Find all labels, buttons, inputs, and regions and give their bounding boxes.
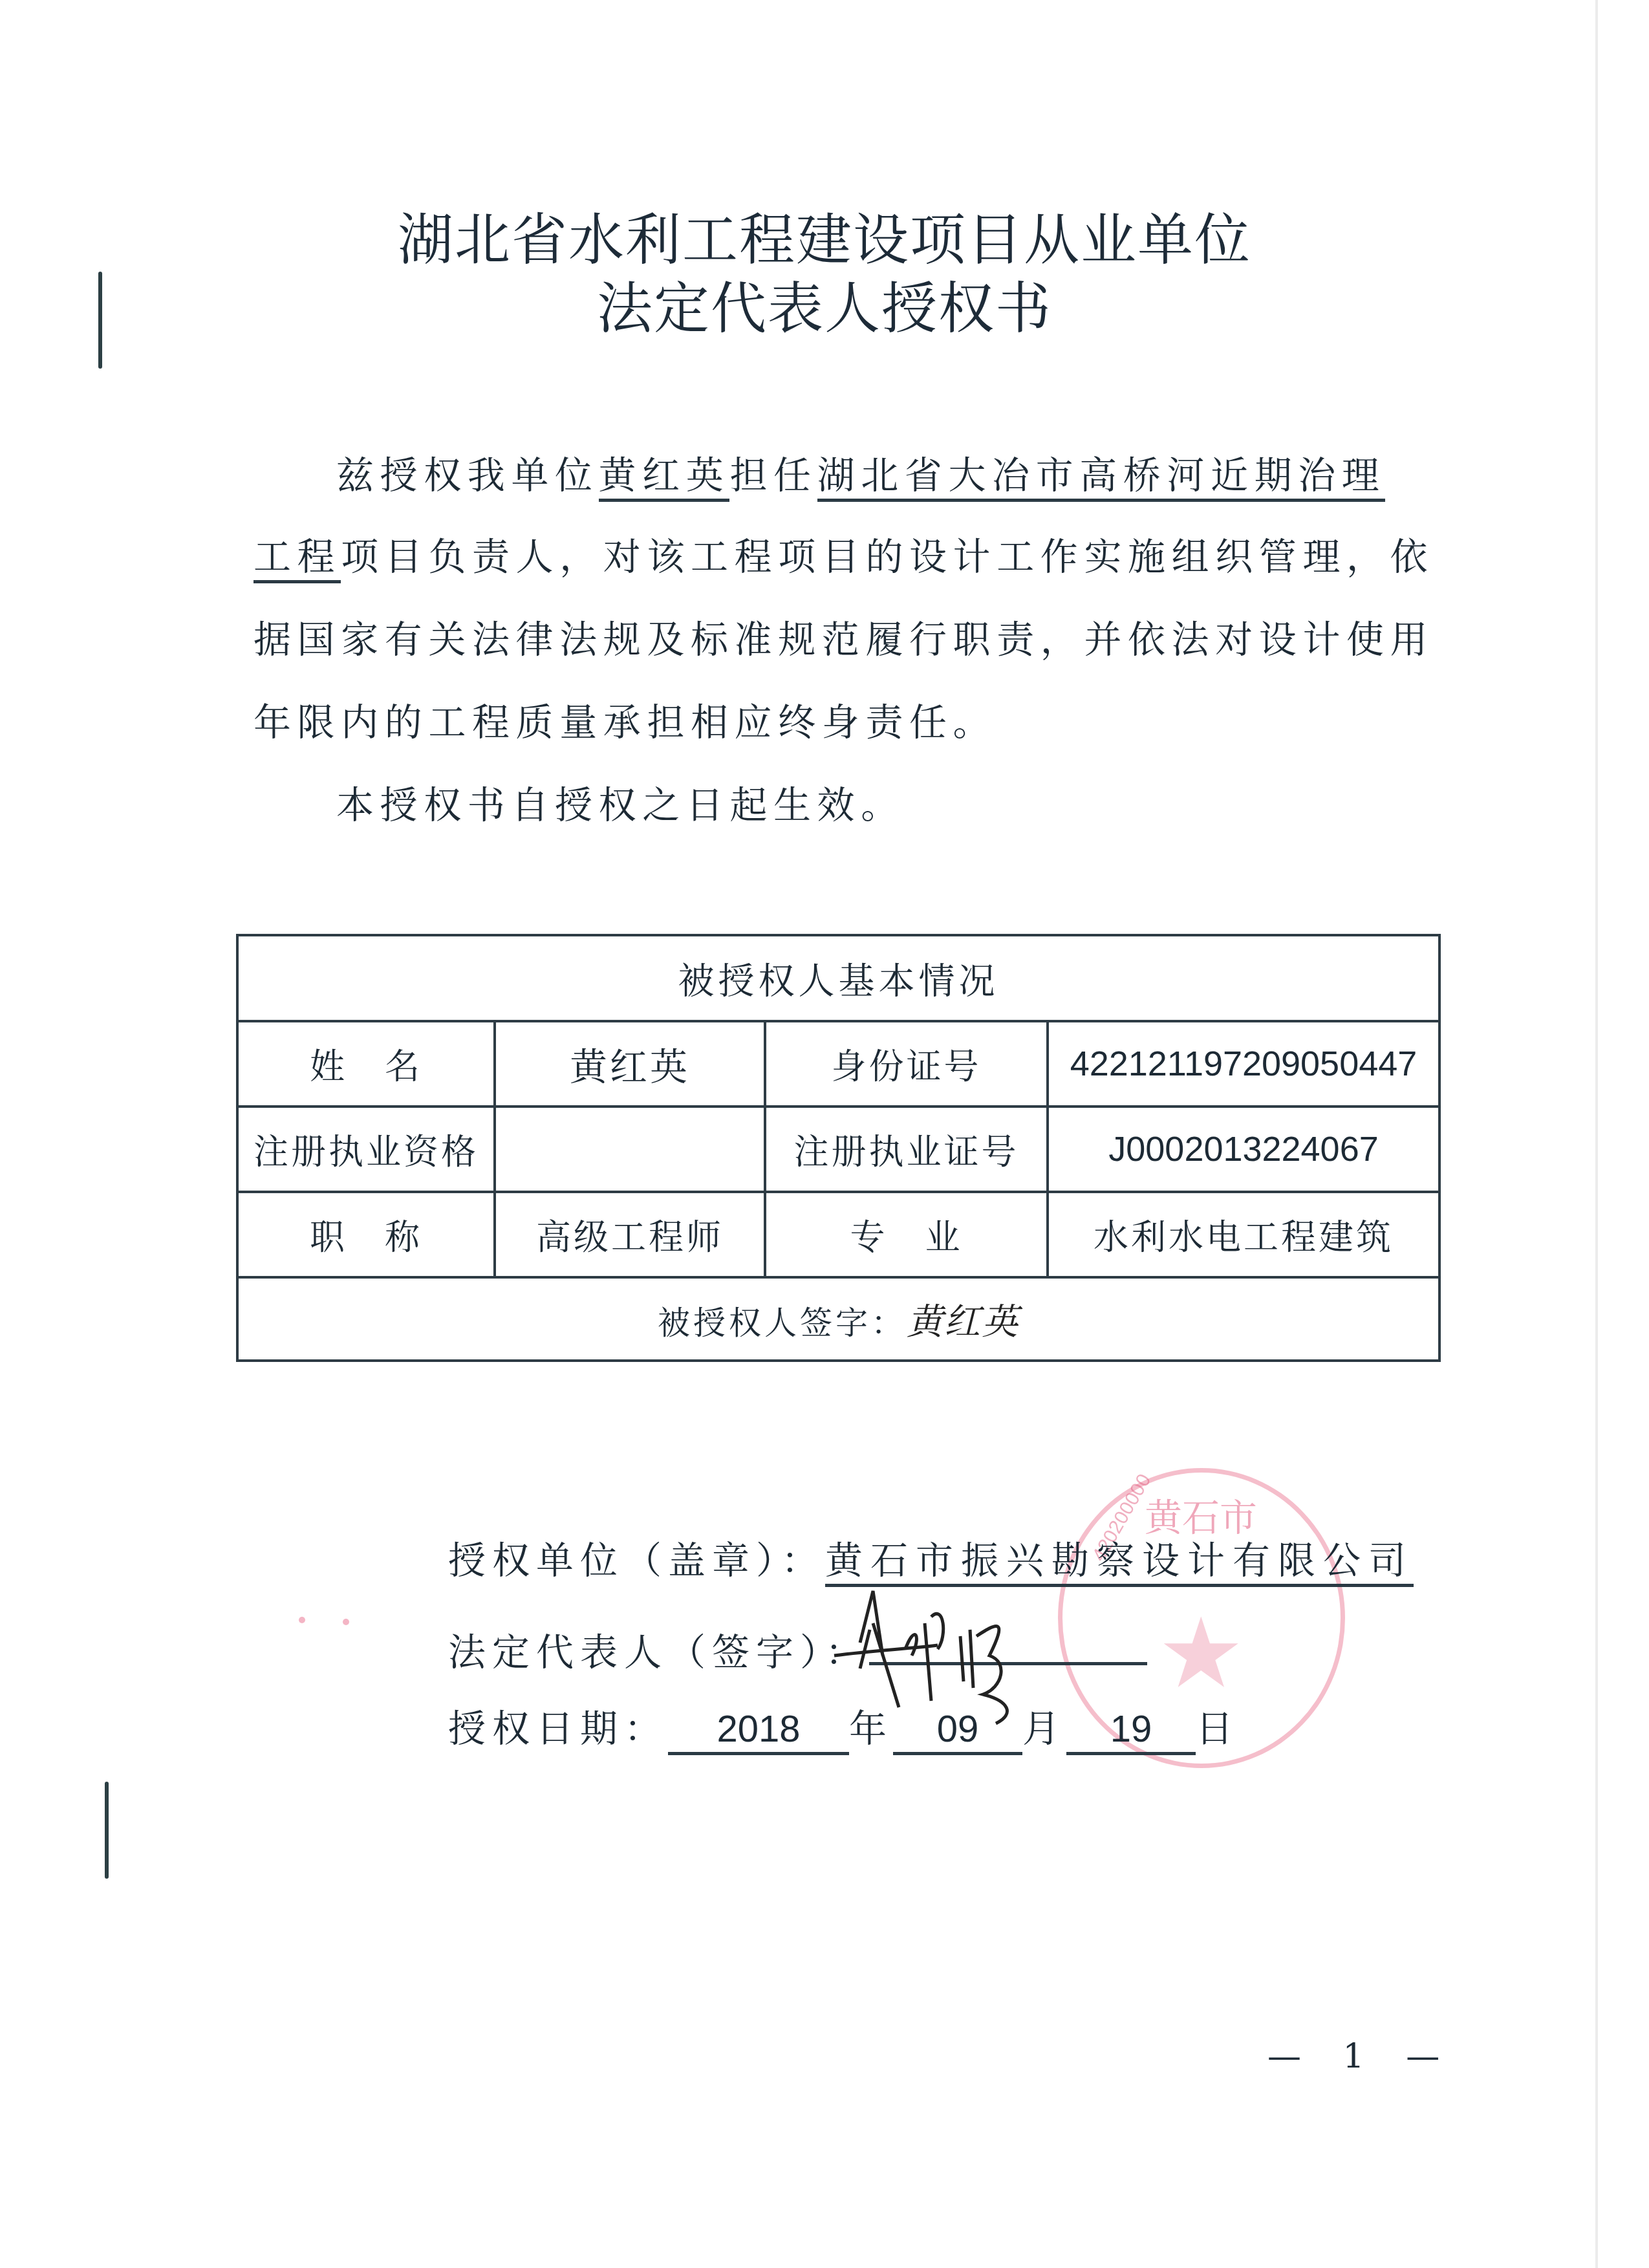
value-registration-cert-number: J0002013224067 xyxy=(1048,1107,1439,1192)
date-month: 09 xyxy=(893,1707,1022,1755)
authorization-date-line: 授权日期：2018年09月19日 xyxy=(448,1706,1240,1755)
table-row: 职 称 高级工程师 专 业 水利水电工程建筑 xyxy=(237,1192,1439,1277)
text: 担任 xyxy=(729,453,817,497)
authorized-person-name: 黄红英 xyxy=(599,453,730,502)
year-unit: 年 xyxy=(849,1707,893,1751)
document-page: 湖北省水利工程建设项目从业单位 法定代表人授权书 兹授权我单位黄红英担任湖北省大… xyxy=(0,0,1649,2268)
seal-text-top: 黄石市 xyxy=(1145,1487,1257,1542)
value-id-number: 422121197209050447 xyxy=(1048,1021,1439,1107)
authorized-person-info-table: 被授权人基本情况 姓 名 黄红英 身份证号 422121197209050447… xyxy=(236,934,1441,1362)
authorizing-unit-line: 授权单位（盖章）：黄石市振兴勘察设计有限公司 xyxy=(448,1538,1414,1583)
project-name-part2: 工程 xyxy=(253,535,341,583)
table-title: 被授权人基本情况 xyxy=(237,935,1439,1021)
document-title-line2: 法定代表人授权书 xyxy=(0,277,1649,341)
date-label: 授权日期： xyxy=(448,1707,668,1751)
table-row: 姓 名 黄红英 身份证号 422121197209050447 xyxy=(237,1021,1439,1107)
binding-mark-bottom xyxy=(105,1782,109,1879)
red-speck xyxy=(343,1619,349,1625)
handwritten-signature-legal-rep xyxy=(834,1578,1106,1727)
month-unit: 月 xyxy=(1022,1707,1066,1751)
signature-cell: 被授权人签字：黄红英 xyxy=(237,1277,1439,1361)
paragraph-line-4: 年限内的工程质量承担相应终身责任。 xyxy=(253,700,997,745)
text: 兹授权我单位 xyxy=(336,453,599,497)
paragraph-line-3: 据国家有关法律法规及标准规范履行职责，并依法对设计使用 xyxy=(253,617,1434,662)
paragraph-line-5: 本授权书自授权之日起生效。 xyxy=(336,783,905,828)
value-specialty: 水利水电工程建筑 xyxy=(1048,1192,1439,1277)
value-name: 黄红英 xyxy=(495,1021,765,1107)
red-speck xyxy=(299,1617,305,1623)
document-title-line1: 湖北省水利工程建设项目从业单位 xyxy=(0,208,1649,273)
page-number: — 1 — xyxy=(1267,2037,1455,2076)
paragraph-line-1: 兹授权我单位黄红英担任湖北省大冶市高桥河近期治理 xyxy=(336,453,1385,498)
date-day: 19 xyxy=(1066,1707,1196,1755)
label-registration-qualification: 注册执业资格 xyxy=(237,1107,495,1192)
handwritten-signature-authorized: 黄红英 xyxy=(907,1301,1019,1343)
day-unit: 日 xyxy=(1196,1707,1240,1751)
table-header-row: 被授权人基本情况 xyxy=(237,935,1439,1021)
text: 项目负责人，对该工程项目的设计工作实施组织管理，依 xyxy=(341,535,1434,579)
label-id-number: 身份证号 xyxy=(765,1021,1048,1107)
table-signature-row: 被授权人签字：黄红英 xyxy=(237,1277,1439,1361)
value-title: 高级工程师 xyxy=(495,1192,765,1277)
paragraph-line-2: 工程项目负责人，对该工程项目的设计工作实施组织管理，依 xyxy=(253,534,1434,579)
signature-label: 被授权人签字： xyxy=(658,1304,907,1342)
unit-label: 授权单位（盖章）： xyxy=(448,1539,825,1582)
date-year: 2018 xyxy=(668,1707,849,1755)
value-registration-qualification xyxy=(495,1107,765,1192)
seal-star-icon: ★ xyxy=(1158,1597,1244,1710)
label-name: 姓 名 xyxy=(237,1021,495,1107)
table-row: 注册执业资格 注册执业证号 J0002013224067 xyxy=(237,1107,1439,1192)
label-title: 职 称 xyxy=(237,1192,495,1277)
label-specialty: 专 业 xyxy=(765,1192,1048,1277)
rep-label: 法定代表人（签字）： xyxy=(448,1630,869,1674)
label-registration-cert-number: 注册执业证号 xyxy=(765,1107,1048,1192)
project-name-part1: 湖北省大冶市高桥河近期治理 xyxy=(817,453,1386,502)
